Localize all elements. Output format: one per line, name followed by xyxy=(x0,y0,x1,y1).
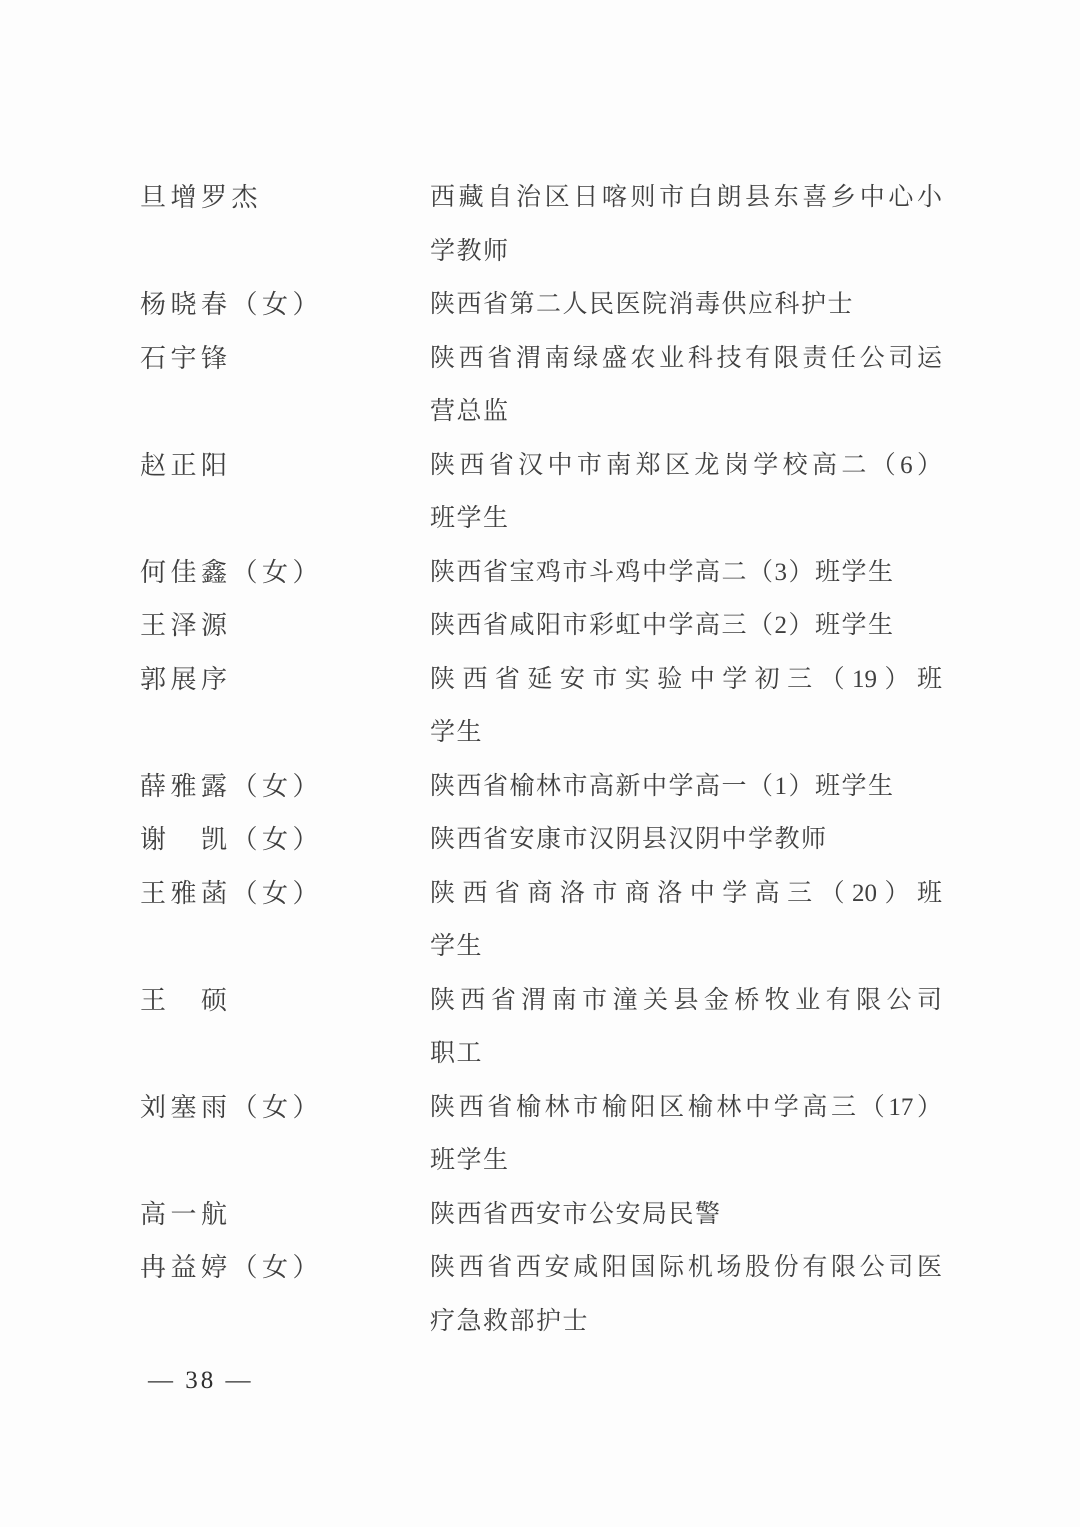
description-line: 陕西省榆林市榆阳区榆林中学高三（17） xyxy=(430,1081,942,1135)
description-line: 西藏自治区日喀则市白朗县东喜乡中心小 xyxy=(430,171,942,225)
person-name: 刘塞雨（女） xyxy=(140,1081,430,1135)
person-description: 陕西省西安市公安局民警 xyxy=(430,1188,942,1242)
person-name: 石宇锋 xyxy=(140,332,430,386)
list-item: 旦增罗杰西藏自治区日喀则市白朗县东喜乡中心小学教师 xyxy=(140,171,945,278)
list-item: 王泽源陕西省咸阳市彩虹中学高三（2）班学生 xyxy=(140,599,945,653)
list-item: 郭展序陕西省延安市实验中学初三（19）班学生 xyxy=(140,653,945,760)
description-line: 陕西省渭南市潼关县金桥牧业有限公司 xyxy=(430,974,942,1028)
list-item: 谢 凯（女）陕西省安康市汉阴县汉阴中学教师 xyxy=(140,813,945,867)
person-description: 陕西省榆林市榆阳区榆林中学高三（17）班学生 xyxy=(430,1081,942,1188)
person-name: 郭展序 xyxy=(140,653,430,707)
description-line: 职工 xyxy=(430,1027,942,1081)
page-number-label: — 38 — xyxy=(148,1367,254,1394)
document-page: 旦增罗杰西藏自治区日喀则市白朗县东喜乡中心小学教师杨晓春（女）陕西省第二人民医院… xyxy=(0,0,1080,1527)
description-line: 陕西省渭南绿盛农业科技有限责任公司运 xyxy=(430,332,942,386)
person-description: 陕西省渭南市潼关县金桥牧业有限公司职工 xyxy=(430,974,942,1081)
list-item: 石宇锋陕西省渭南绿盛农业科技有限责任公司运营总监 xyxy=(140,332,945,439)
person-name: 薛雅露（女） xyxy=(140,760,430,814)
list-item: 刘塞雨（女）陕西省榆林市榆阳区榆林中学高三（17）班学生 xyxy=(140,1081,945,1188)
person-name: 高一航 xyxy=(140,1188,430,1242)
person-description: 陕西省咸阳市彩虹中学高三（2）班学生 xyxy=(430,599,942,653)
person-name: 王雅菡（女） xyxy=(140,867,430,921)
person-name: 杨晓春（女） xyxy=(140,278,430,332)
list-item: 薛雅露（女）陕西省榆林市高新中学高一（1）班学生 xyxy=(140,760,945,814)
person-name: 赵正阳 xyxy=(140,439,430,493)
description-line: 陕西省西安咸阳国际机场股份有限公司医 xyxy=(430,1241,942,1295)
description-line: 陕西省宝鸡市斗鸡中学高二（3）班学生 xyxy=(430,546,942,600)
description-line: 营总监 xyxy=(430,385,942,439)
description-line: 陕西省汉中市南郑区龙岗学校高二（6） xyxy=(430,439,942,493)
description-line: 陕西省榆林市高新中学高一（1）班学生 xyxy=(430,760,942,814)
description-line: 陕西省第二人民医院消毒供应科护士 xyxy=(430,278,942,332)
list-item: 王 硕陕西省渭南市潼关县金桥牧业有限公司职工 xyxy=(140,974,945,1081)
description-line: 学教师 xyxy=(430,225,942,279)
person-description: 陕西省汉中市南郑区龙岗学校高二（6）班学生 xyxy=(430,439,942,546)
page-number: — 38 — xyxy=(148,1361,254,1401)
person-name: 王 硕 xyxy=(140,974,430,1028)
person-name: 冉益婷（女） xyxy=(140,1241,430,1295)
person-description: 西藏自治区日喀则市白朗县东喜乡中心小学教师 xyxy=(430,171,942,278)
description-line: 疗急救部护士 xyxy=(430,1295,942,1349)
description-line: 陕西省延安市实验中学初三（19）班 xyxy=(430,653,942,707)
list-item: 冉益婷（女）陕西省西安咸阳国际机场股份有限公司医疗急救部护士 xyxy=(140,1241,945,1348)
person-name: 王泽源 xyxy=(140,599,430,653)
person-description: 陕西省延安市实验中学初三（19）班学生 xyxy=(430,653,942,760)
person-description: 陕西省安康市汉阴县汉阴中学教师 xyxy=(430,813,942,867)
list-item: 赵正阳陕西省汉中市南郑区龙岗学校高二（6）班学生 xyxy=(140,439,945,546)
person-name: 谢 凯（女） xyxy=(140,813,430,867)
list-item: 高一航陕西省西安市公安局民警 xyxy=(140,1188,945,1242)
list-item: 王雅菡（女）陕西省商洛市商洛中学高三（20）班学生 xyxy=(140,867,945,974)
description-line: 学生 xyxy=(430,920,942,974)
person-name: 旦增罗杰 xyxy=(140,171,430,225)
description-line: 学生 xyxy=(430,706,942,760)
description-line: 班学生 xyxy=(430,1134,942,1188)
person-description: 陕西省西安咸阳国际机场股份有限公司医疗急救部护士 xyxy=(430,1241,942,1348)
description-line: 陕西省咸阳市彩虹中学高三（2）班学生 xyxy=(430,599,942,653)
person-description: 陕西省榆林市高新中学高一（1）班学生 xyxy=(430,760,942,814)
description-line: 陕西省商洛市商洛中学高三（20）班 xyxy=(430,867,942,921)
description-line: 陕西省安康市汉阴县汉阴中学教师 xyxy=(430,813,942,867)
description-line: 陕西省西安市公安局民警 xyxy=(430,1188,942,1242)
person-description: 陕西省宝鸡市斗鸡中学高二（3）班学生 xyxy=(430,546,942,600)
person-description: 陕西省渭南绿盛农业科技有限责任公司运营总监 xyxy=(430,332,942,439)
list-item: 杨晓春（女）陕西省第二人民医院消毒供应科护士 xyxy=(140,278,945,332)
person-name: 何佳鑫（女） xyxy=(140,546,430,600)
person-description: 陕西省第二人民医院消毒供应科护士 xyxy=(430,278,942,332)
list-item: 何佳鑫（女）陕西省宝鸡市斗鸡中学高二（3）班学生 xyxy=(140,546,945,600)
description-line: 班学生 xyxy=(430,492,942,546)
person-description: 陕西省商洛市商洛中学高三（20）班学生 xyxy=(430,867,942,974)
honoree-list: 旦增罗杰西藏自治区日喀则市白朗县东喜乡中心小学教师杨晓春（女）陕西省第二人民医院… xyxy=(140,171,945,1348)
